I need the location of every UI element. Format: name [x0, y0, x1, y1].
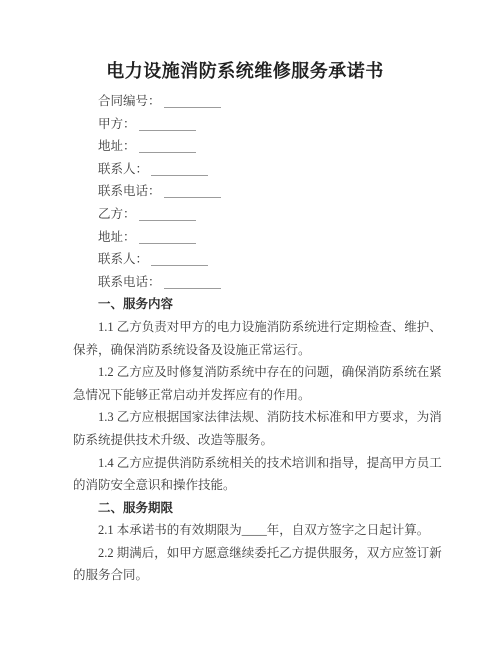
field-label: 联系人：	[98, 162, 148, 176]
field-blank-line	[151, 162, 208, 176]
field-blank-line	[139, 230, 196, 244]
field-blank-line	[151, 252, 208, 266]
clause-line: 急情况下能够正常启动并发挥应有的作用。	[73, 384, 417, 407]
document-page: 电力设施消防系统维修服务承诺书 合同编号：甲方：地址：联系人：联系电话：乙方：地…	[0, 0, 500, 647]
clause-line: 2.2 期满后，如甲方愿意继续委托乙方提供服务，双方应签订新	[73, 542, 417, 565]
field-label: 地址：	[98, 139, 136, 153]
field-blank-line	[139, 117, 196, 131]
field-blank-line	[164, 184, 221, 198]
section-heading: 二、服务期限	[73, 497, 417, 520]
field-label: 甲方：	[98, 117, 136, 131]
field-blank-line	[164, 94, 221, 108]
field-blank-line	[139, 207, 196, 221]
field-row: 甲方：	[73, 113, 417, 136]
field-label: 地址：	[98, 230, 136, 244]
field-blank-line	[164, 275, 221, 289]
clause-line: 1.4 乙方应提供消防系统相关的技术培训和指导，提高甲方员工	[73, 452, 417, 475]
field-row: 联系人：	[73, 248, 417, 271]
field-row: 联系电话：	[73, 271, 417, 294]
field-row: 合同编号：	[73, 90, 417, 113]
field-label: 联系电话：	[98, 184, 161, 198]
field-row: 联系电话：	[73, 180, 417, 203]
document-lines: 合同编号：甲方：地址：联系人：联系电话：乙方：地址：联系人：联系电话：一、服务内…	[73, 90, 417, 587]
clause-line: 的消防安全意识和操作技能。	[73, 474, 417, 497]
clause-line: 1.3 乙方应根据国家法律法规、消防技术标准和甲方要求，为消	[73, 406, 417, 429]
document-title: 电力设施消防系统维修服务承诺书	[73, 56, 417, 86]
field-label: 乙方：	[98, 207, 136, 221]
clause-line: 防系统提供技术升级、改造等服务。	[73, 429, 417, 452]
clause-line: 1.2 乙方应及时修复消防系统中存在的问题，确保消防系统在紧	[73, 361, 417, 384]
field-row: 联系人：	[73, 158, 417, 181]
clause-line: 1.1 乙方负责对甲方的电力设施消防系统进行定期检查、维护、	[73, 316, 417, 339]
field-label: 联系电话：	[98, 275, 161, 289]
field-label: 联系人：	[98, 252, 148, 266]
field-blank-line	[139, 139, 196, 153]
field-row: 乙方：	[73, 203, 417, 226]
field-row: 地址：	[73, 226, 417, 249]
clause-line: 的服务合同。	[73, 564, 417, 587]
clause-line: 2.1 本承诺书的有效期限为____年，自双方签字之日起计算。	[73, 519, 417, 542]
field-label: 合同编号：	[98, 94, 161, 108]
section-heading: 一、服务内容	[73, 293, 417, 316]
clause-line: 保养，确保消防系统设备及设施正常运行。	[73, 339, 417, 362]
field-row: 地址：	[73, 135, 417, 158]
